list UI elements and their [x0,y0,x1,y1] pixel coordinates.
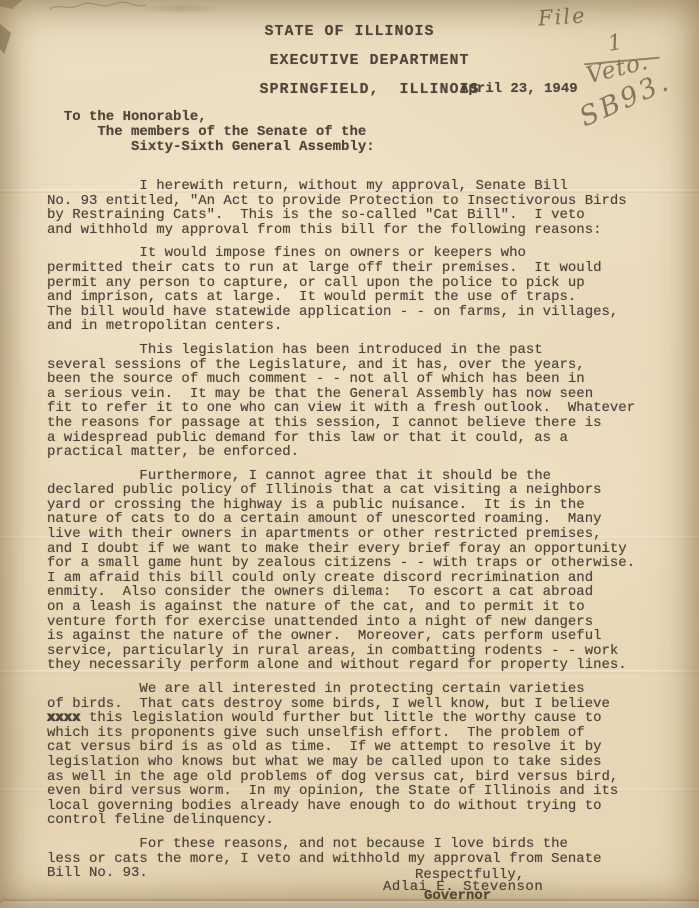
letterhead-line3: SPRINGFIELD, ILLINOIS [259,81,479,98]
body-paragraph-5: We are all interested in protecting cert… [47,682,692,828]
letterhead-line1: STATE OF ILLINOIS [264,23,434,40]
body-paragraph-6: For these reasons, and not because I lov… [47,837,692,881]
date-line: April 23, 1949 [460,81,578,97]
letterhead-line2: EXECUTIVE DEPARTMENT [269,52,469,69]
faint-pencil-scribble-icon [48,0,148,14]
body-paragraph-1: I herewith return, without my approval, … [47,179,692,237]
letter-body: I herewith return, without my approval, … [47,179,692,890]
handwritten-file-note: File [537,3,587,30]
body-paragraph-4: Furthermore, I cannot agree that it shou… [47,469,692,673]
paper-corner-speck [0,0,22,9]
salutation: To the Honorable, The members of the Sen… [47,110,375,155]
body-paragraph-3: This legislation has been introduced in … [47,343,692,460]
letter-paper: STATE OF ILLINOIS EXECUTIVE DEPARTMENT S… [0,0,699,908]
body-paragraph-2: It would impose fines on owners or keepe… [47,246,692,334]
paper-smudge [138,3,224,14]
scan-bottom-edge [0,901,699,908]
